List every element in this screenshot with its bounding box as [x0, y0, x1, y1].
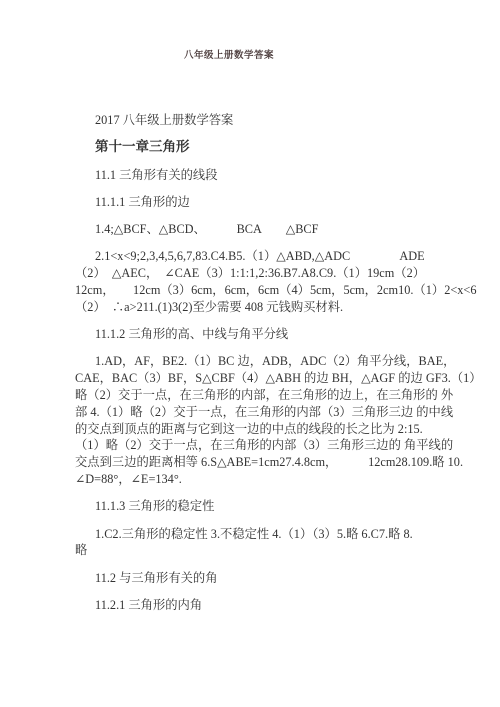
- page-header-title: 八年级上册数学答案: [0, 47, 458, 61]
- text-line: 略（2）交于一点，在三角形的内部，在三角形的边上，在三角形的 外: [75, 387, 437, 404]
- paragraph: 11.2 与三角形有关的角: [75, 570, 437, 587]
- text-line: 交点到三边的距离相等 6.S△ABE=1cm27.4.8cm， 12cm28.1…: [75, 454, 437, 471]
- paragraph: 1.4;△BCF、△BCD、 BCA △BCF: [75, 221, 437, 238]
- paragraph: 11.1.1 三角形的边: [75, 194, 437, 211]
- paragraph: 11.2.1 三角形的内角: [75, 597, 437, 614]
- text-line: 11.1 三角形有关的线段: [75, 167, 437, 184]
- document-content: 2017 八年级上册数学答案第十一章三角形11.1 三角形有关的线段11.1.1…: [75, 112, 437, 624]
- text-line: CAE，BAC（3）BF，S△CBF（4）△ABH 的边 BH，△AGF 的边 …: [75, 370, 437, 387]
- text-line: 2017 八年级上册数学答案: [75, 112, 437, 129]
- text-line: 第十一章三角形: [75, 139, 437, 156]
- text-line: 部 4.（1）略（2）交于一点，在三角形的内部（3）三角形三边 的中线: [75, 404, 437, 421]
- paragraph: 11.1 三角形有关的线段: [75, 167, 437, 184]
- paragraph: 2.1<x<9;2,3,4,5,6,7,83.C4.B5.（1）△ABD,△AD…: [75, 248, 437, 315]
- text-line: 11.2.1 三角形的内角: [75, 597, 437, 614]
- paragraph: 11.1.3 三角形的稳定性: [75, 498, 437, 515]
- section-heading: 第十一章三角形: [75, 139, 437, 156]
- paragraph: 1.AD，AF，BE2.（1）BC 边，ADB，ADC（2）角平分线，BAE，C…: [75, 353, 437, 487]
- text-line: 1.C2.三角形的稳定性 3.不稳定性 4.（1）（3）5.略 6.C7.略 8…: [75, 526, 437, 543]
- text-line: 2.1<x<9;2,3,4,5,6,7,83.C4.B5.（1）△ABD,△AD…: [75, 248, 437, 265]
- text-line: 1.AD，AF，BE2.（1）BC 边，ADB，ADC（2）角平分线，BAE，: [75, 353, 437, 370]
- document-page: 八年级上册数学答案 2017 八年级上册数学答案第十一章三角形11.1 三角形有…: [0, 0, 500, 707]
- text-line: 的交点到顶点的距离与它到这一边的中点的线段的长之比为 2:15.: [75, 421, 437, 438]
- paragraph: 11.1.2 三角形的高、中线与角平分线: [75, 326, 437, 343]
- text-line: 11.1.2 三角形的高、中线与角平分线: [75, 326, 437, 343]
- text-line: ∠D=88°，∠E=134°.: [75, 471, 437, 488]
- text-line: （2） △AEC， ∠CAE（3）1:1:1,2:36.B7.A8.C9.（1）…: [75, 265, 437, 282]
- paragraph: 1.C2.三角形的稳定性 3.不稳定性 4.（1）（3）5.略 6.C7.略 8…: [75, 526, 437, 560]
- text-line: 11.1.1 三角形的边: [75, 194, 437, 211]
- text-line: （1）略（2）交于一点，在三角形的内部（3）三角形三边的 角平线的: [75, 437, 437, 454]
- text-line: 11.1.3 三角形的稳定性: [75, 498, 437, 515]
- paragraph: 2017 八年级上册数学答案: [75, 112, 437, 129]
- text-line: 12cm， 12cm（3）6cm，6cm，6cm（4）5cm，5cm，2cm10…: [75, 282, 437, 299]
- text-line: 略: [75, 542, 437, 559]
- text-line: （2） ∴a>211.(1)3(2)至少需要 408 元钱购买材料.: [75, 299, 437, 316]
- text-line: 1.4;△BCF、△BCD、 BCA △BCF: [75, 221, 437, 238]
- text-line: 11.2 与三角形有关的角: [75, 570, 437, 587]
